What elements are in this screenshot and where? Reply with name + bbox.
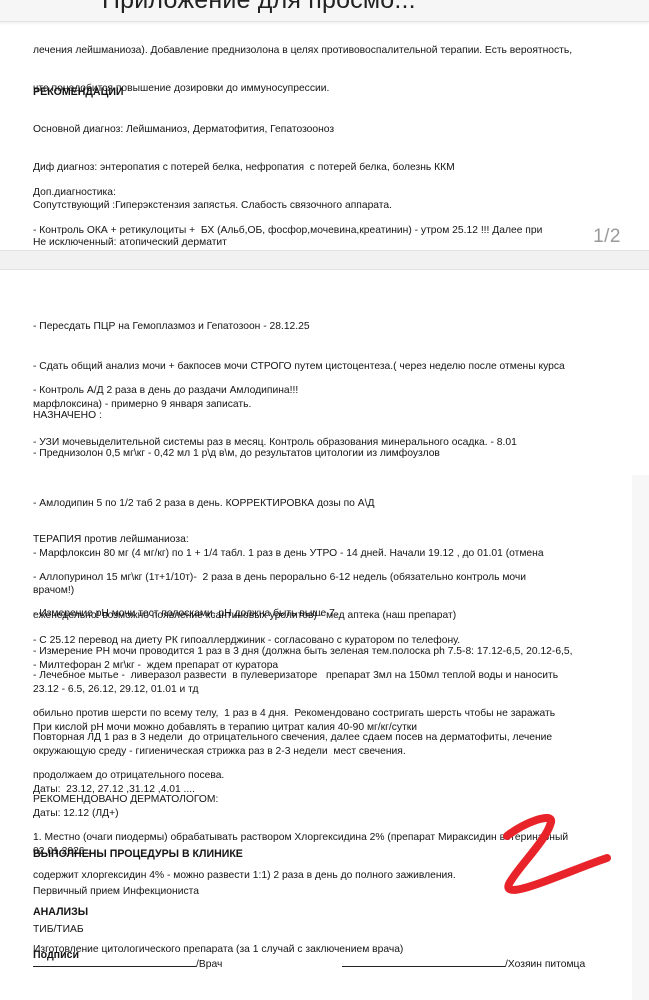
section-heading: РЕКОМЕНДАЦИИ xyxy=(33,86,613,99)
section-heading: НАЗНАЧЕНО : xyxy=(33,410,613,423)
page-indicator: 1/2 xyxy=(593,226,621,248)
text-line: - Контроль ОКА + ретикулоциты + БХ (Альб… xyxy=(33,225,613,238)
text-line: - Лечебное мытье - ливеразол развести в … xyxy=(33,670,613,683)
section-heading: ТЕРАПИЯ против лейшманиоза: xyxy=(33,534,613,547)
scrollbar-track[interactable] xyxy=(632,475,649,1000)
viewer-title: Приложение для просмо... xyxy=(102,0,416,15)
prescription-prednisolone: - Преднизолон 0,5 мг\кг - 0,42 мл 1 р\д … xyxy=(33,448,613,461)
document-page-1: лечения лейшманиоза). Добавление предниз… xyxy=(0,0,649,250)
signature-blank xyxy=(342,958,505,967)
text-line: - Измерение pH мочи тест полосками. pH д… xyxy=(33,608,613,621)
doctor-signature-line: /Врач xyxy=(33,958,222,970)
text-line: лечения лейшманиоза). Добавление предниз… xyxy=(33,45,613,58)
doctor-signature-label: /Врач xyxy=(196,959,222,970)
text-line: Повторная ЛД 1 раз в 3 недели до отрицат… xyxy=(33,732,613,745)
viewer-title-bar: Приложение для просмо... xyxy=(0,0,649,22)
page-divider xyxy=(0,250,649,270)
section-heading: РЕКОМЕНДОВАНО ДЕРМАТОЛОГОМ: xyxy=(33,794,613,807)
section-heading: АНАЛИЗЫ xyxy=(33,906,613,919)
main-diagnosis: Основной диагноз: Лейшманиоз, Дерматофит… xyxy=(33,124,613,137)
signature-blank xyxy=(33,958,196,967)
owner-signature-line: /Хозяин питомца xyxy=(342,958,585,970)
handwritten-2-annotation xyxy=(495,808,615,903)
section-heading: Доп.диагностика: xyxy=(33,187,613,200)
owner-signature-label: /Хозяин питомца xyxy=(505,959,585,970)
text-line: - Пересдать ПЦР на Гемоплазмоз и Гепатоз… xyxy=(33,321,613,334)
